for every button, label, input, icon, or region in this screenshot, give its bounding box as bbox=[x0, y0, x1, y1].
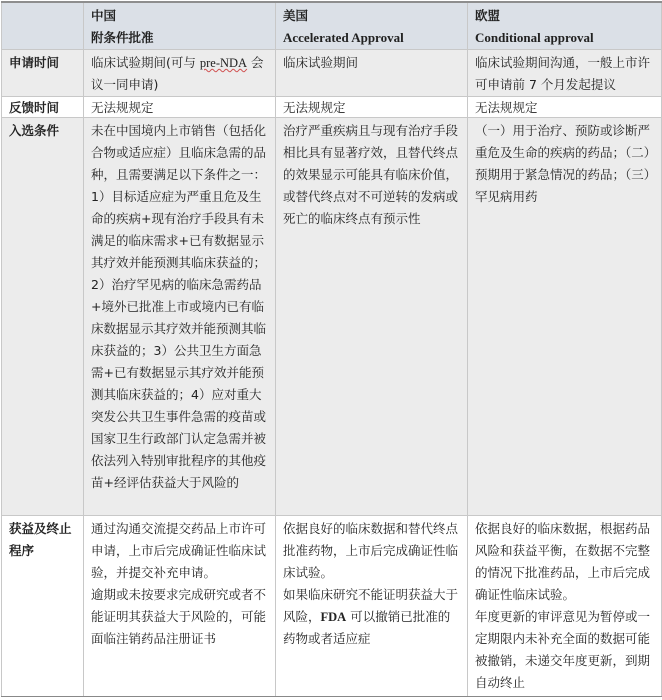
header-eu-pathway: Conditional approval bbox=[475, 27, 655, 49]
header-usa-region: 美国 bbox=[283, 5, 461, 27]
cell-eu: 无法规规定 bbox=[468, 97, 662, 118]
row-label: 入选条件 bbox=[2, 118, 84, 516]
table-row-feedback-time: 反馈时间 无法规规定 无法规规定 无法规规定 bbox=[2, 97, 662, 118]
cell-usa: 治疗严重疾病且与现有治疗手段相比具有显著疗效，且替代终点的效果显示可能具有临床价… bbox=[276, 118, 468, 516]
header-china-pathway: 附条件批准 bbox=[91, 27, 269, 49]
cell-china: 无法规规定 bbox=[84, 97, 276, 118]
table-row-eligibility: 入选条件 未在中国境内上市销售（包括化合物或适应症）且临床急需的品种，且需要满足… bbox=[2, 118, 662, 516]
cell-eu: 依据良好的临床数据，根据药品风险和获益平衡，在数据不完整的情况下批准药品，上市后… bbox=[468, 516, 662, 697]
cell-usa: 临床试验期间 bbox=[276, 50, 468, 97]
cell-text: 临床试验期间(可与 bbox=[91, 55, 200, 70]
row-label: 反馈时间 bbox=[2, 97, 84, 118]
cell-eu: （一）用于治疗、预防或诊断严重危及生命的疾病的药品；（二）预期用于紧急情况的药品… bbox=[468, 118, 662, 516]
fda-term: FDA bbox=[321, 610, 347, 624]
header-eu-region: 欧盟 bbox=[475, 5, 655, 27]
comparison-table: 中国 附条件批准 美国 Accelerated Approval 欧盟 Cond… bbox=[1, 1, 662, 697]
cell-paragraph: 通过沟通交流提交药品上市许可申请，上市后完成确证性临床试验，并提交补充申请。 bbox=[91, 518, 269, 584]
cell-china: 通过沟通交流提交药品上市许可申请，上市后完成确证性临床试验，并提交补充申请。 逾… bbox=[84, 516, 276, 697]
cell-usa: 无法规规定 bbox=[276, 97, 468, 118]
header-usa: 美国 Accelerated Approval bbox=[276, 2, 468, 50]
table-row-benefit-termination: 获益及终止程序 通过沟通交流提交药品上市许可申请，上市后完成确证性临床试验，并提… bbox=[2, 516, 662, 697]
cell-china: 未在中国境内上市销售（包括化合物或适应症）且临床急需的品种，且需要满足以下条件之… bbox=[84, 118, 276, 516]
cell-paragraph: 依据良好的临床数据和替代终点批准药物，上市后完成确证性临床试验。 bbox=[283, 518, 461, 584]
header-row: 中国 附条件批准 美国 Accelerated Approval 欧盟 Cond… bbox=[2, 2, 662, 50]
cell-usa: 依据良好的临床数据和替代终点批准药物，上市后完成确证性临床试验。 如果临床研究不… bbox=[276, 516, 468, 697]
header-eu: 欧盟 Conditional approval bbox=[468, 2, 662, 50]
header-empty-cell bbox=[2, 2, 84, 50]
cell-paragraph: 如果临床研究不能证明获益大于风险，FDA 可以撤销已批准的药物或者适应症 bbox=[283, 584, 461, 650]
cell-paragraph: 年度更新的审评意见为暂停或一定期限内未补充全面的数据可能被撤销，未递交年度更新，… bbox=[475, 606, 655, 694]
row-label: 获益及终止程序 bbox=[2, 516, 84, 697]
header-china: 中国 附条件批准 bbox=[84, 2, 276, 50]
pre-nda-term: pre-NDA bbox=[200, 56, 247, 70]
cell-eu: 临床试验期间沟通，一般上市许可申请前 7 个月发起提议 bbox=[468, 50, 662, 97]
cell-paragraph: 逾期或未按要求完成研究或者不能证明其获益大于风险的，可能面临注销药品注册证书 bbox=[91, 584, 269, 650]
cell-paragraph: 依据良好的临床数据，根据药品风险和获益平衡，在数据不完整的情况下批准药品，上市后… bbox=[475, 518, 655, 606]
header-usa-pathway: Accelerated Approval bbox=[283, 27, 461, 49]
row-label: 申请时间 bbox=[2, 50, 84, 97]
table-row-application-time: 申请时间 临床试验期间(可与 pre-NDA 会议一同申请) 临床试验期间 临床… bbox=[2, 50, 662, 97]
header-china-region: 中国 bbox=[91, 5, 269, 27]
cell-china: 临床试验期间(可与 pre-NDA 会议一同申请) bbox=[84, 50, 276, 97]
